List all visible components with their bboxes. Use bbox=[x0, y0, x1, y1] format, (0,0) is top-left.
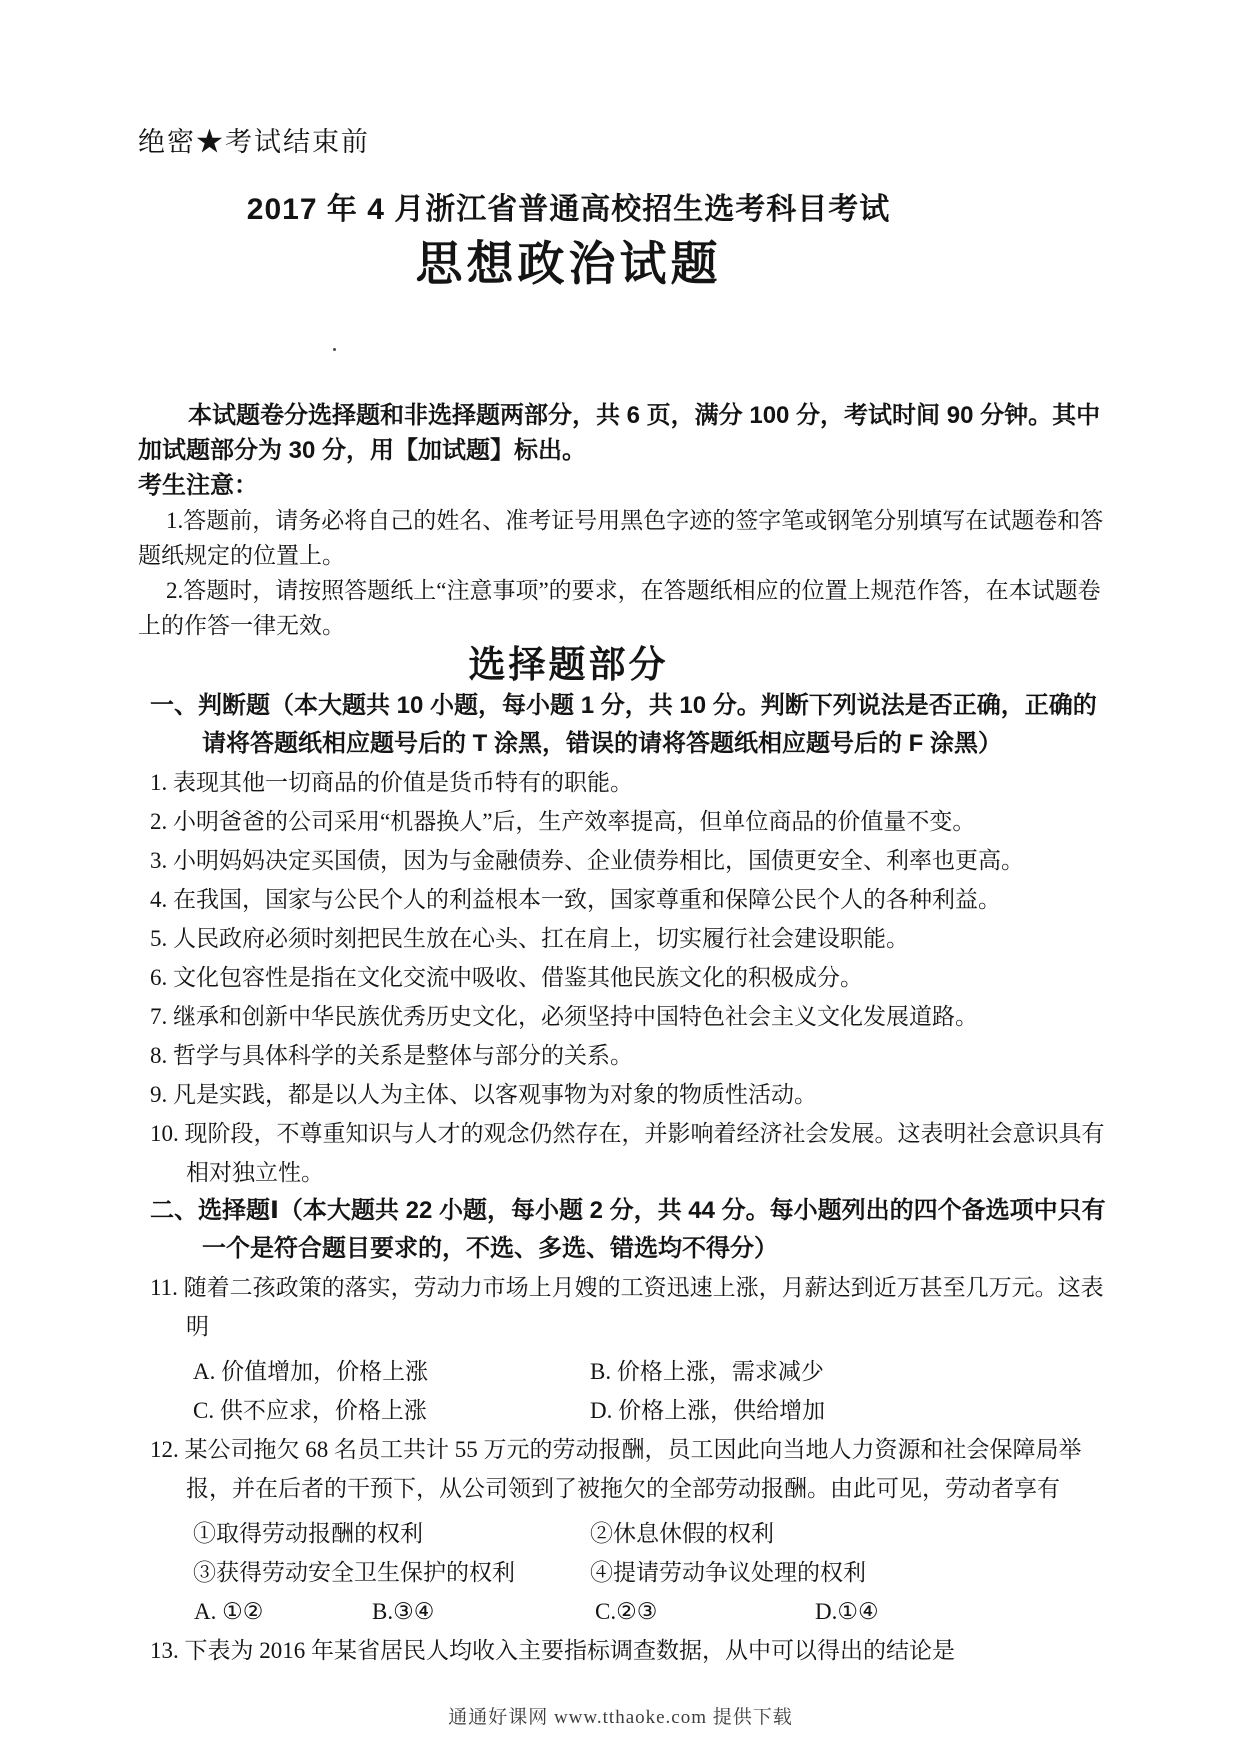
question-12-choices: A. ①② B.③④ C.②③ D.①④ bbox=[150, 1592, 1113, 1631]
subject-title: 思想政治试题 bbox=[81, 235, 1056, 293]
judgment-question-4: 4. 在我国，国家与公民个人的利益根本一致，国家尊重和保障公民个人的各种利益。 bbox=[150, 880, 1113, 919]
judgment-question-7: 7. 继承和创新中华民族优秀历史文化，必须坚持中国特色社会主义文化发展道路。 bbox=[150, 997, 1113, 1036]
q12-choice-d: D.①④ bbox=[815, 1592, 1113, 1631]
part2-heading: 二、选择题Ⅰ（本大题共 22 小题，每小题 2 分，共 44 分。每小题列出的四… bbox=[150, 1192, 1113, 1268]
q11-option-d: D. 价格上涨，供给增加 bbox=[590, 1391, 1113, 1430]
q12-choice-b: B.③④ bbox=[372, 1592, 595, 1631]
footer-watermark: 通通好课网 www.tthaoke.com 提供下载 bbox=[0, 1706, 1241, 1730]
q11-option-a: A. 价值增加，价格上涨 bbox=[193, 1352, 590, 1391]
judgment-question-9: 9. 凡是实践，都是以人为主体、以客观事物为对象的物质性活动。 bbox=[150, 1075, 1113, 1114]
exam-summary: 本试题卷分选择题和非选择题两部分，共 6 页，满分 100 分，考试时间 90 … bbox=[138, 398, 1113, 468]
question-12-stem: 12. 某公司拖欠 68 名员工共计 55 万元的劳动报酬，员工因此向当地人力资… bbox=[150, 1430, 1113, 1508]
q12-numbered-option-3: ③获得劳动安全卫生保护的权利 bbox=[193, 1553, 590, 1592]
judgment-question-6: 6. 文化包容性是指在文化交流中吸收、借鉴其他民族文化的积极成分。 bbox=[150, 958, 1113, 997]
question-11-stem: 11. 随着二孩政策的落实，劳动力市场上月嫂的工资迅速上涨，月薪达到近万甚至几万… bbox=[150, 1268, 1113, 1346]
candidate-notice-heading: 考生注意： bbox=[138, 468, 1113, 503]
q12-numbered-option-4: ④提请劳动争议处理的权利 bbox=[590, 1553, 1113, 1592]
q12-numbered-option-1: ①取得劳动报酬的权利 bbox=[193, 1514, 590, 1553]
q12-numbered-option-2: ②休息休假的权利 bbox=[590, 1514, 1113, 1553]
judgment-question-2: 2. 小明爸爸的公司采用“机器换人”后，生产效率提高，但单位商品的价值量不变。 bbox=[150, 802, 1113, 841]
notice-item-1: 1.答题前，请务必将自己的姓名、准考证号用黑色字迹的签字笔或钢笔分别填写在试题卷… bbox=[138, 503, 1113, 573]
security-classification: 绝密★考试结束前 bbox=[138, 125, 1113, 159]
judgment-question-10: 10. 现阶段，不尊重知识与人才的观念仍然存在，并影响着经济社会发展。这表明社会… bbox=[150, 1114, 1113, 1192]
question-11-options: A. 价值增加，价格上涨 B. 价格上涨，需求减少 C. 供不应求，价格上涨 D… bbox=[150, 1352, 1113, 1430]
q11-option-c: C. 供不应求，价格上涨 bbox=[193, 1391, 590, 1430]
question-12-numbered-options: ①取得劳动报酬的权利 ②休息休假的权利 ③获得劳动安全卫生保护的权利 ④提请劳动… bbox=[150, 1514, 1113, 1592]
exam-session-title: 2017 年 4 月浙江省普通高校招生选考科目考试 bbox=[81, 190, 1056, 230]
judgment-question-5: 5. 人民政府必须时刻把民生放在心头、扛在肩上，切实履行社会建设职能。 bbox=[150, 919, 1113, 958]
judgment-question-8: 8. 哲学与具体科学的关系是整体与部分的关系。 bbox=[150, 1036, 1113, 1075]
q12-choice-a: A. ①② bbox=[194, 1592, 372, 1631]
exam-paper-page: 绝密★考试结束前 2017 年 4 月浙江省普通高校招生选考科目考试 思想政治试… bbox=[0, 0, 1241, 1753]
q11-option-b: B. 价格上涨，需求减少 bbox=[590, 1352, 1113, 1391]
q12-choice-c: C.②③ bbox=[595, 1592, 815, 1631]
notice-item-2: 2.答题时，请按照答题纸上“注意事项”的要求，在答题纸相应的位置上规范作答，在本… bbox=[138, 573, 1113, 643]
judgment-question-3: 3. 小明妈妈决定买国债，因为与金融债券、企业债券相比，国债更安全、利率也更高。 bbox=[150, 841, 1113, 880]
choice-section-heading: 选择题部分 bbox=[81, 643, 1056, 687]
judgment-question-1: 1. 表现其他一切商品的价值是货币特有的职能。 bbox=[150, 763, 1113, 802]
part1-heading: 一、判断题（本大题共 10 小题，每小题 1 分，共 10 分。判断下列说法是否… bbox=[150, 687, 1113, 763]
question-13-stem: 13. 下表为 2016 年某省居民人均收入主要指标调查数据，从中可以得出的结论… bbox=[150, 1631, 1113, 1670]
scan-speck bbox=[333, 348, 336, 351]
